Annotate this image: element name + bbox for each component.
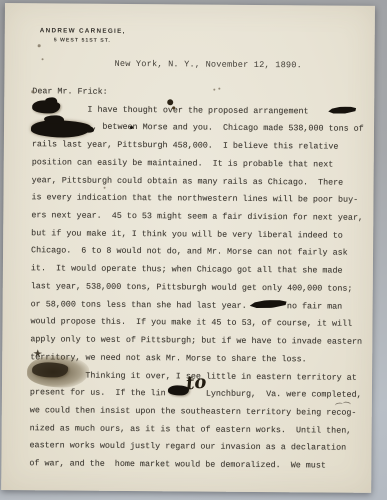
letter-paper: ANDREW CARNEGIE, 5 WEST 51ST ST. New Yor… <box>1 3 375 493</box>
letterhead-name: ANDREW CARNEGIE, <box>40 27 126 35</box>
letter-line: ers next year. 45 to 53 might seem a fai… <box>31 207 373 227</box>
ink-blot-margin-bump <box>45 97 57 104</box>
letter-line: last year, 538,000 tons, Pittsburgh woul… <box>31 278 373 298</box>
handwritten-to-annotation: to <box>185 372 207 395</box>
ink-blot-line2-bump <box>44 115 64 123</box>
ink-speck <box>38 44 41 47</box>
ink-speck <box>104 187 106 189</box>
letter-line: of war, and the home market would be dem… <box>29 455 371 475</box>
ink-dot-over-you <box>130 126 133 129</box>
letterhead-address: 5 WEST 51ST ST. <box>54 37 111 43</box>
letter-line: position can easily be maintained. It is… <box>32 154 374 174</box>
letter-line: Dear Mr. Frick: <box>32 83 374 103</box>
ink-speck <box>42 58 44 60</box>
ink-speck <box>31 90 34 93</box>
ink-smudge-core <box>32 362 68 377</box>
ink-speck <box>213 89 215 91</box>
ink-blot-line2-tail <box>84 127 94 133</box>
ink-dot-small <box>172 106 175 109</box>
ink-dot-over-thought <box>167 99 173 105</box>
ink-speck <box>218 88 220 90</box>
letter-line: we could then insist upon the southeaste… <box>30 402 372 422</box>
letter-body: Dear Mr. Frick: I have thought over the … <box>29 83 374 475</box>
dateline: New York, N. Y., November 12, 1890. <box>114 59 302 70</box>
